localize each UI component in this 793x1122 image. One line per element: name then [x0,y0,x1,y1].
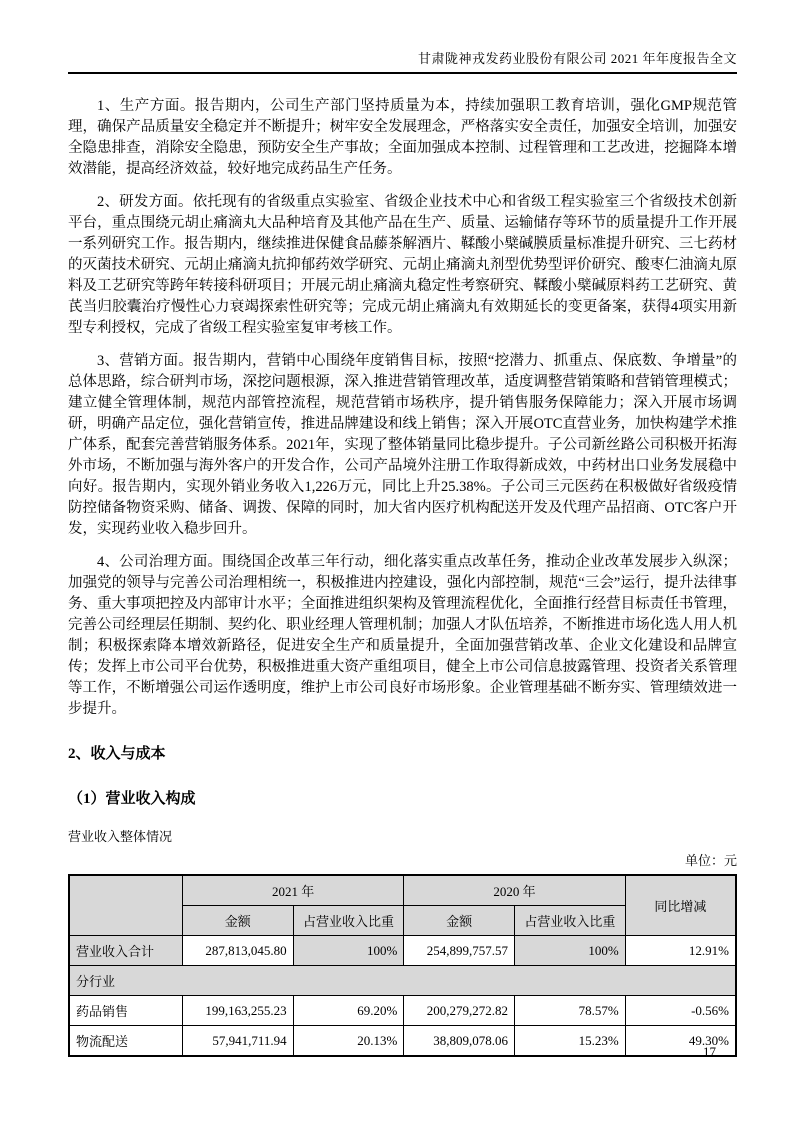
table-header-amount-2021: 金额 [182,906,293,936]
table-cell-row1-yoy: 49.30% [625,1026,736,1057]
table-row-total: 营业收入合计 287,813,045.80 100% 254,899,757.5… [69,936,736,966]
document-header-title: 甘肃陇神戎发药业股份有限公司 2021 年年度报告全文 [68,48,737,74]
table-header-yoy: 同比增减 [625,875,736,936]
revenue-composition-table: 2021 年 2020 年 同比增减 金额 占营业收入比重 金额 占营业收入比重… [68,874,737,1057]
table-cell-total-ratio-2021: 100% [293,936,404,966]
table-cell-total-amount-2021: 287,813,045.80 [182,936,293,966]
table-caption: 营业收入整体情况 [68,828,737,846]
table-cell-row0-yoy: -0.56% [625,996,736,1026]
body-text-block: 1、生产方面。报告期内，公司生产部门坚持质量为本，持续加强职工教育培训，强化GM… [68,96,737,720]
table-header-amount-2020: 金额 [404,906,515,936]
paragraph-production: 1、生产方面。报告期内，公司生产部门坚持质量为本，持续加强职工教育培训，强化GM… [68,96,737,180]
table-cell-row0-ratio-2020: 78.57% [515,996,626,1026]
table-cell-total-amount-2020: 254,899,757.57 [404,936,515,966]
subsection-heading-revenue-composition: （1）营业收入构成 [68,789,737,810]
table-row-logistics: 物流配送 57,941,711.94 20.13% 38,809,078.06 … [69,1026,736,1057]
table-header-year-2020: 2020 年 [404,875,625,906]
table-cell-row1-amount-2021: 57,941,711.94 [182,1026,293,1057]
table-corner-cell [69,875,182,936]
table-cell-total-ratio-2020: 100% [515,936,626,966]
paragraph-rnd: 2、研发方面。依托现有的省级重点实验室、省级企业技术中心和省级工程实验室三个省级… [68,192,737,339]
table-cell-industry-section-label: 分行业 [69,966,736,996]
table-header-year-2021: 2021 年 [182,875,403,906]
table-cell-row1-amount-2020: 38,809,078.06 [404,1026,515,1057]
table-cell-row0-amount-2021: 199,163,255.23 [182,996,293,1026]
report-page: 甘肃陇神戎发药业股份有限公司 2021 年年度报告全文 1、生产方面。报告期内，… [0,0,793,1122]
section-heading-revenue-and-cost: 2、收入与成本 [68,744,737,765]
table-cell-row0-amount-2020: 200,279,272.82 [404,996,515,1026]
table-header-ratio-2020: 占营业收入比重 [515,906,626,936]
table-row-drug-sales: 药品销售 199,163,255.23 69.20% 200,279,272.8… [69,996,736,1026]
table-cell-total-yoy: 12.91% [625,936,736,966]
unit-label: 单位：元 [68,852,737,870]
table-cell-total-label: 营业收入合计 [69,936,182,966]
table-cell-row1-label: 物流配送 [69,1026,182,1057]
paragraph-marketing: 3、营销方面。报告期内，营销中心围绕年度销售目标，按照“挖潜力、抓重点、保底数、… [68,351,737,540]
table-cell-row1-ratio-2020: 15.23% [515,1026,626,1057]
table-cell-row0-label: 药品销售 [69,996,182,1026]
paragraph-governance: 4、公司治理方面。围绕国企改革三年行动，细化落实重点改革任务，推动企业改革发展步… [68,552,737,720]
page-number: 17 [703,1044,716,1060]
table-header-ratio-2021: 占营业收入比重 [293,906,404,936]
table-cell-row0-ratio-2021: 69.20% [293,996,404,1026]
table-cell-row1-ratio-2021: 20.13% [293,1026,404,1057]
table-row-industry-section: 分行业 [69,966,736,996]
